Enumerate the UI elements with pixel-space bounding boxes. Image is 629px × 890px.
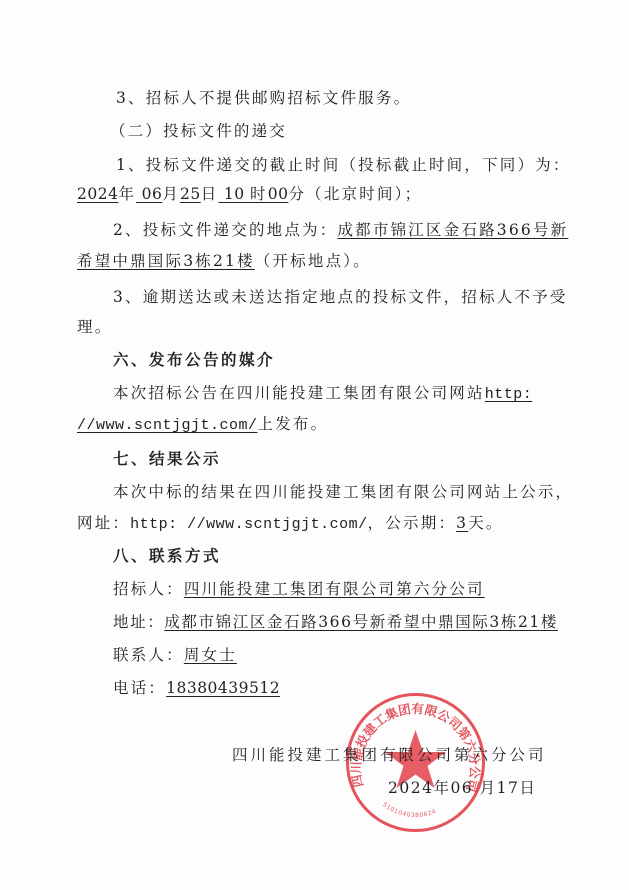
tenderer-value: 四川能投建工集团有限公司第六分公司 bbox=[184, 580, 485, 598]
tenderer-line: 招标人：四川能投建工集团有限公司第六分公司 bbox=[113, 579, 629, 599]
contact-line: 联系人：周女士 bbox=[113, 645, 629, 665]
text-line: 3、逾期送达或未送达指定地点的投标文件，招标人不予受 bbox=[113, 287, 629, 307]
results-url[interactable]: http: //www.scntjgjt.com/ bbox=[130, 516, 368, 533]
tenderer-label: 招标人： bbox=[113, 580, 184, 598]
contact-value: 周女士 bbox=[184, 646, 237, 664]
address-line: 地址：成都市锦江区金石路366号新希望中鼎国际3栋21楼 bbox=[113, 612, 629, 632]
phone-value: 18380439512 bbox=[166, 679, 280, 697]
location-line: 2、投标文件递交的地点为：成都市锦江区金石路366号新 bbox=[113, 220, 629, 240]
unit: 年 bbox=[118, 185, 136, 203]
text-line: 1、投标文件递交的截止时间（投标截止时间，下同）为： bbox=[116, 155, 629, 175]
location-value: 成都市锦江区金石路366号新 bbox=[337, 221, 568, 239]
media-text: 上发布。 bbox=[258, 415, 329, 433]
signature-date: 2024年06 月17日 bbox=[388, 776, 536, 798]
deadline-year: 2024 bbox=[77, 185, 118, 203]
section-heading-results: 七、结果公示 bbox=[113, 449, 629, 469]
location-value: 希望中鼎国际3栋21楼 bbox=[77, 252, 255, 270]
address-value: 成都市锦江区金石路366号新希望中鼎国际3栋21楼 bbox=[164, 613, 558, 631]
signature-company: 四川能投建工集团有限公司第六分公司 bbox=[232, 743, 547, 765]
subheading-submission: （二）投标文件的递交 bbox=[110, 121, 629, 141]
phone-label: 电话： bbox=[113, 679, 166, 697]
website-link[interactable]: //www.scntjgjt.com/ bbox=[77, 417, 258, 434]
results-text: 本次中标的结果在四川能投建工集团有限公司网站上公示， bbox=[113, 482, 629, 502]
deadline-line: 2024年 06月25日 10 时00分（北京时间）； bbox=[77, 184, 629, 204]
section-heading-media: 六、发布公告的媒介 bbox=[113, 350, 629, 370]
location-note: （开标地点）。 bbox=[255, 252, 371, 270]
deadline-month: 06 bbox=[136, 185, 162, 203]
deadline-day: 25 bbox=[180, 185, 201, 203]
media-line: 本次招标公告在四川能投建工集团有限公司网站http: bbox=[113, 383, 629, 405]
url-label: 网址： bbox=[77, 514, 130, 532]
period-value: 3 bbox=[456, 514, 468, 532]
media-line-cont: //www.scntjgjt.com/上发布。 bbox=[77, 414, 629, 436]
unit: 日 bbox=[201, 185, 219, 203]
period-label: ，公示期： bbox=[368, 514, 457, 532]
unit: 时 bbox=[250, 185, 268, 203]
timezone-note: （北京时间）； bbox=[306, 185, 422, 203]
period-unit: 天。 bbox=[468, 514, 503, 532]
text-line: 理。 bbox=[77, 317, 629, 337]
results-url-line: 网址：http: //www.scntjgjt.com/，公示期：3天。 bbox=[77, 513, 629, 535]
unit: 月 bbox=[162, 185, 180, 203]
deadline-hour: 10 bbox=[218, 185, 250, 203]
location-line-cont: 希望中鼎国际3栋21楼（开标地点）。 bbox=[77, 251, 629, 271]
text-line: 3、招标人不提供邮购招标文件服务。 bbox=[116, 88, 629, 108]
unit: 分 bbox=[288, 185, 306, 203]
deadline-minute: 00 bbox=[268, 185, 289, 203]
section-heading-contact: 八、联系方式 bbox=[113, 546, 629, 566]
contact-label: 联系人： bbox=[113, 646, 184, 664]
location-label: 2、投标文件递交的地点为： bbox=[113, 221, 337, 239]
address-label: 地址： bbox=[113, 613, 164, 631]
media-text: 本次招标公告在四川能投建工集团有限公司网站 bbox=[113, 384, 485, 402]
website-link[interactable]: http: bbox=[485, 386, 533, 403]
svg-text:5101040380624: 5101040380624 bbox=[381, 801, 437, 819]
